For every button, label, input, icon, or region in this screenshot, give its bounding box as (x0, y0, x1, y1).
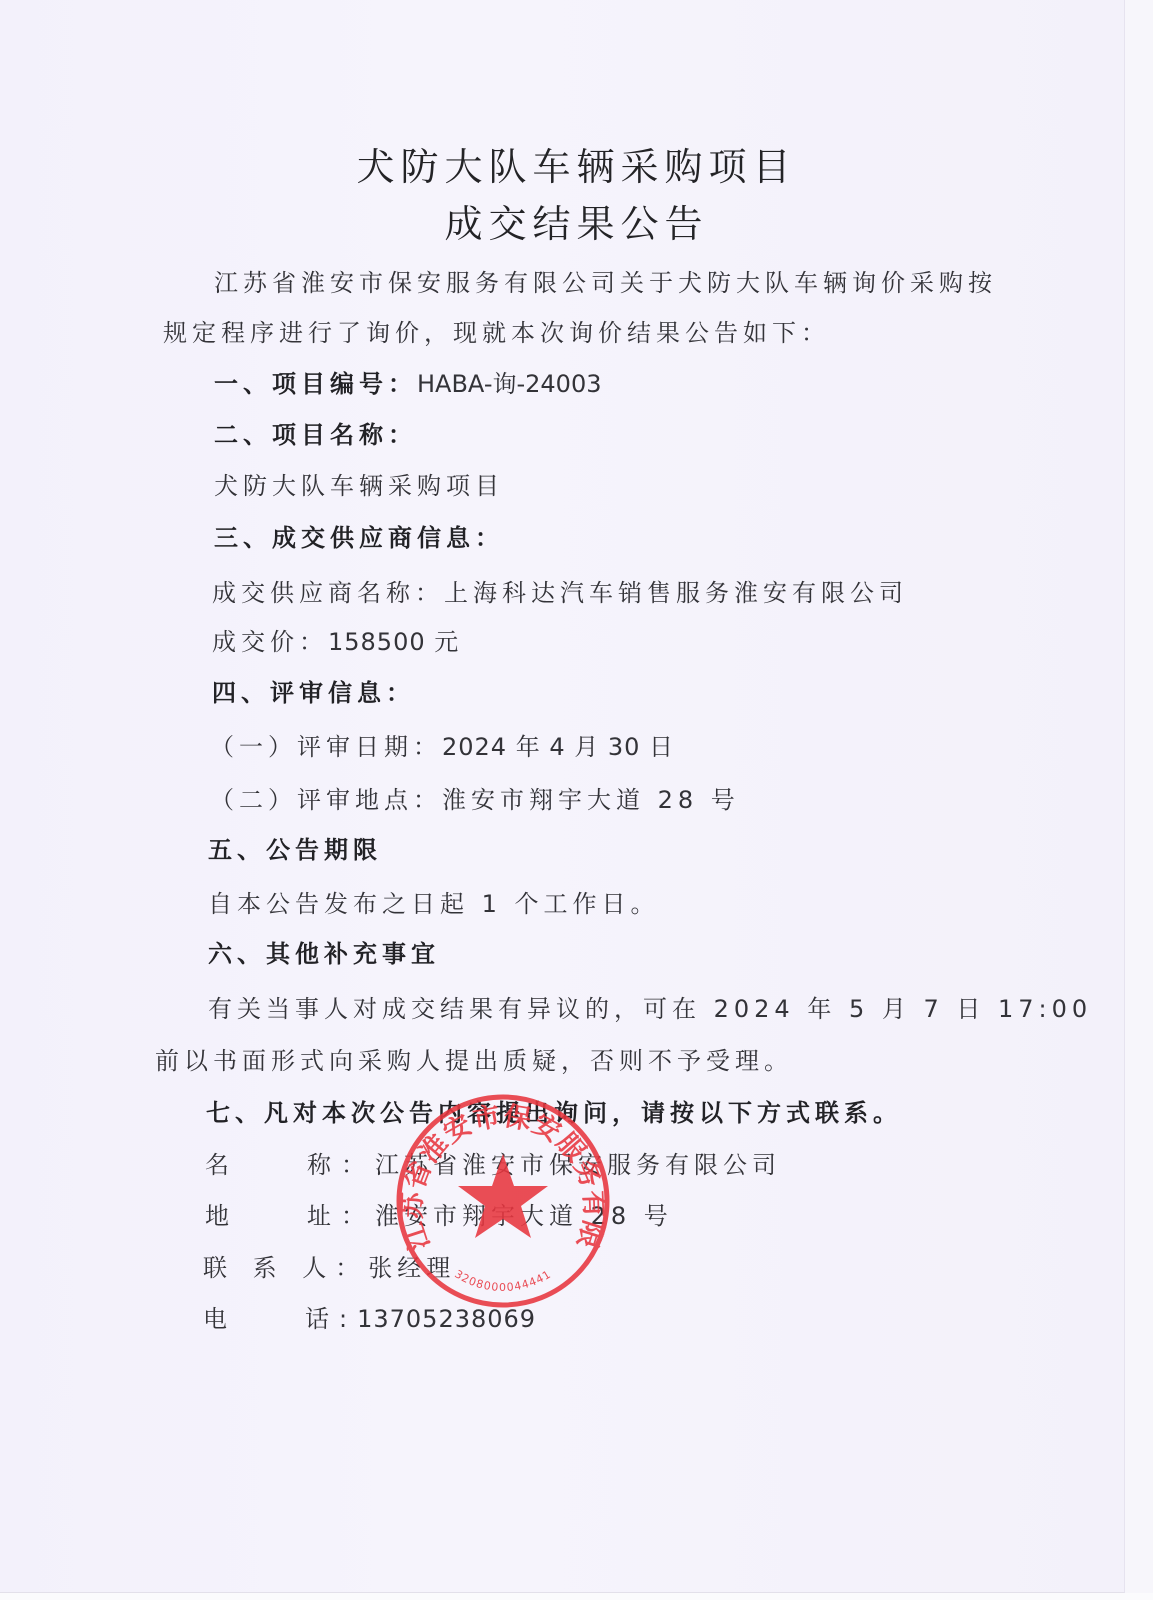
scan-edge-bottom (0, 1593, 1153, 1600)
notice-period-text: 自本公告发布之日起 1 个工作日。 (208, 889, 660, 919)
contact-value: 江苏省淮安市保安服务有限公司 (375, 1151, 781, 1179)
section-heading-notice-period: 五、公告期限 (208, 835, 382, 865)
other-matters-line-1: 有关当事人对成交结果有异议的，可在 2024 年 5 月 7 日 17:00 (208, 994, 1092, 1024)
other-matters-line-2: 前以书面形式向采购人提出质疑，否则不予受理。 (155, 1046, 793, 1076)
intro-line-2: 规定程序进行了询价，现就本次询价结果公告如下： (163, 318, 830, 348)
section-heading: 一、项目编号： (214, 370, 417, 398)
contact-row-person: 联 系 人：张经理 (203, 1253, 455, 1283)
contact-row-phone: 电 话:13705238069 (203, 1304, 536, 1334)
price-value: 158500 元 (328, 628, 459, 656)
contact-label: 联 系 人： (203, 1254, 368, 1282)
supplier-value: 上海科达汽车销售服务淮安有限公司 (444, 579, 908, 607)
review-date-label: （一）评审日期： (210, 733, 442, 761)
intro-line-1: 江苏省淮安市保安服务有限公司关于犬防大队车辆询价采购按 (214, 268, 997, 298)
contact-row-address: 地 址：淮安市翔宇大道 28 号 (205, 1201, 673, 1231)
supplier-label: 成交供应商名称： (212, 579, 444, 607)
section-heading-project-name: 二、项目名称： (214, 420, 417, 450)
project-name-value: 犬防大队车辆采购项目 (214, 471, 504, 501)
section-heading-supplier: 三、成交供应商信息： (214, 523, 504, 553)
section-heading-review: 四、评审信息： (212, 678, 415, 708)
review-date-value: 2024 年 4 月 30 日 (442, 733, 674, 761)
section-project-number: 一、项目编号：HABA-询-24003 (214, 369, 602, 399)
contact-label: 地 址： (205, 1202, 375, 1230)
contact-label: 电 话: (203, 1305, 357, 1333)
contact-row-name: 名 称：江苏省淮安市保安服务有限公司 (205, 1150, 781, 1180)
price-label: 成交价： (212, 628, 328, 656)
project-number-value: HABA-询-24003 (417, 370, 602, 398)
supplier-row: 成交供应商名称：上海科达汽车销售服务淮安有限公司 (212, 578, 908, 608)
document-title-line2: 成交结果公告 (0, 193, 1153, 248)
section-heading-other-matters: 六、其他补充事宜 (208, 939, 440, 969)
document-title-line1: 犬防大队车辆采购项目 (0, 136, 1153, 191)
contact-label: 名 称： (205, 1151, 375, 1179)
review-date-row: （一）评审日期：2024 年 4 月 30 日 (210, 732, 674, 762)
contact-value: 淮安市翔宇大道 28 号 (375, 1202, 673, 1230)
review-place-label: （二）评审地点： (210, 786, 442, 814)
review-place-value: 淮安市翔宇大道 28 号 (442, 786, 740, 814)
section-heading-contact: 七、凡对本次公告内容提出询问，请按以下方式联系。 (206, 1098, 902, 1128)
price-row: 成交价：158500 元 (212, 627, 459, 657)
review-place-row: （二）评审地点：淮安市翔宇大道 28 号 (210, 785, 740, 815)
contact-value: 张经理 (368, 1254, 455, 1282)
contact-value: 13705238069 (357, 1305, 536, 1333)
